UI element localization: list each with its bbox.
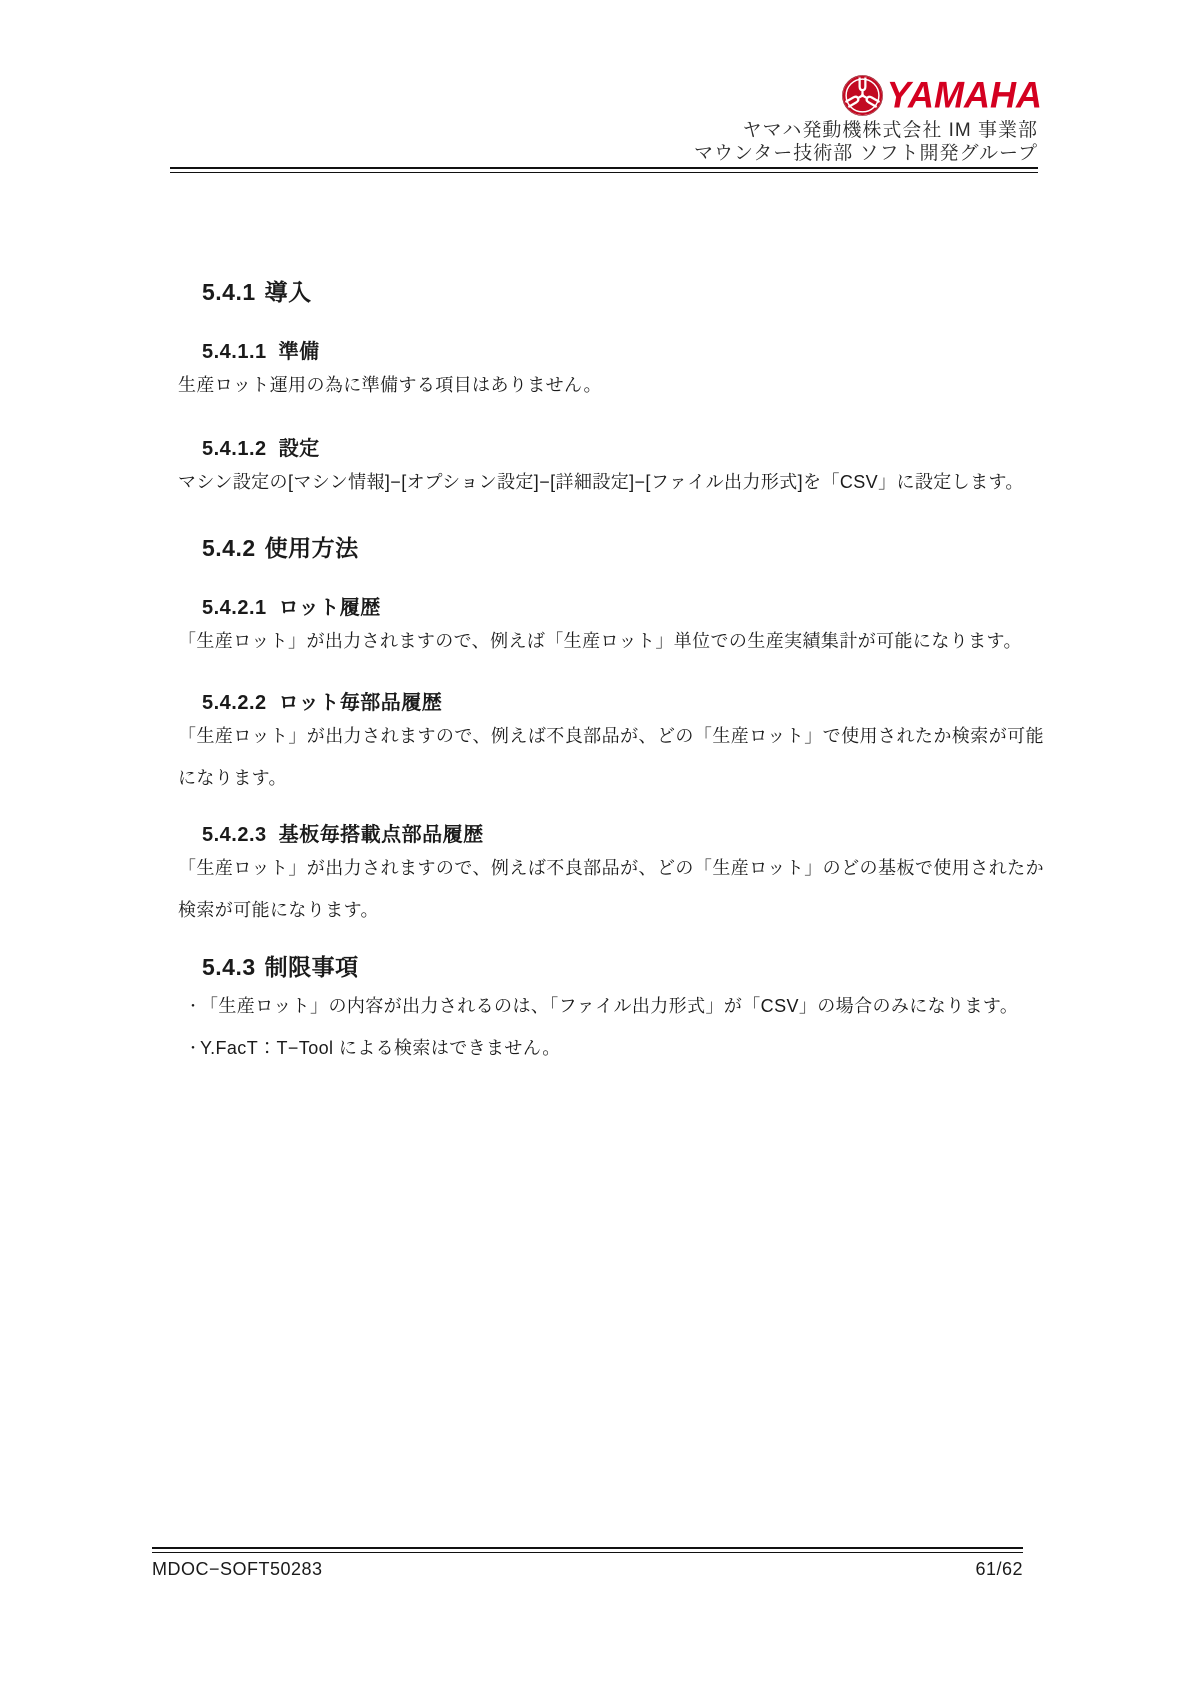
page-header: YAMAHA ヤマハ発動機株式会社 IM 事業部 マウンター技術部 ソフト開発グ…	[170, 74, 1038, 165]
subsection-heading-5-4-1-2: 5.4.1.2設定	[202, 437, 1044, 461]
paragraph: 生産ロット運用の為に準備する項目はありません。	[178, 364, 1044, 406]
paragraph: 「生産ロット」が出力されますので、例えば不良部品が、どの「生産ロット」で使用され…	[178, 715, 1044, 799]
subsection-heading-5-4-2-3: 5.4.2.3基板毎搭載点部品履歴	[202, 823, 1044, 847]
bullet-text: 「生産ロット」の内容が出力されるのは、「ファイル出力形式」が「CSV」の場合のみ…	[200, 985, 1044, 1027]
footer-doc-id: MDOC−SOFT50283	[152, 1557, 323, 1581]
yamaha-logo: YAMAHA	[170, 74, 1042, 116]
section-number: 5.4.1.1	[202, 341, 267, 363]
section-title: 基板毎搭載点部品履歴	[279, 824, 484, 846]
section-number: 5.4.2.3	[202, 824, 267, 846]
bullet-text: Y.FacT：T−Tool による検索はできません。	[200, 1027, 1044, 1069]
subsection-heading-5-4-1-1: 5.4.1.1準備	[202, 340, 1044, 364]
yamaha-wordmark: YAMAHA	[887, 76, 1042, 113]
document-page: YAMAHA ヤマハ発動機株式会社 IM 事業部 マウンター技術部 ソフト開発グ…	[0, 0, 1191, 1684]
yamaha-tuning-fork-icon	[842, 75, 883, 116]
section-number: 5.4.1.2	[202, 438, 267, 460]
section-heading-5-4-1: 5.4.1導入	[202, 278, 1044, 306]
section-title: ロット毎部品履歴	[279, 692, 443, 714]
footer-rule	[152, 1547, 1023, 1553]
section-title: 制限事項	[265, 954, 359, 980]
paragraph: 「生産ロット」が出力されますので、例えば「生産ロット」単位での生産実績集計が可能…	[178, 620, 1044, 662]
bullet-list: ・ 「生産ロット」の内容が出力されるのは、「ファイル出力形式」が「CSV」の場合…	[178, 985, 1044, 1069]
subsection-heading-5-4-2-2: 5.4.2.2ロット毎部品履歴	[202, 691, 1044, 715]
section-heading-5-4-2: 5.4.2使用方法	[202, 534, 1044, 562]
section-title: 準備	[279, 341, 320, 363]
section-number: 5.4.2	[202, 535, 256, 561]
bullet-marker-icon: ・	[178, 985, 200, 1027]
bullet-marker-icon: ・	[178, 1027, 200, 1069]
section-number: 5.4.2.1	[202, 597, 267, 619]
paragraph: マシン設定の[マシン情報]−[オプション設定]−[詳細設定]−[ファイル出力形式…	[178, 461, 1044, 503]
page-footer: MDOC−SOFT50283 61/62	[152, 1557, 1023, 1581]
section-heading-5-4-3: 5.4.3制限事項	[202, 953, 1044, 981]
department-line: マウンター技術部 ソフト開発グループ	[170, 142, 1038, 165]
bullet-item: ・ Y.FacT：T−Tool による検索はできません。	[178, 1027, 1044, 1069]
document-body: 5.4.1導入 5.4.1.1準備 生産ロット運用の為に準備する項目はありません…	[178, 252, 1044, 1069]
section-title: 設定	[279, 438, 320, 460]
section-number: 5.4.3	[202, 954, 256, 980]
subsection-heading-5-4-2-1: 5.4.2.1ロット履歴	[202, 596, 1044, 620]
footer-page-number: 61/62	[975, 1557, 1023, 1581]
header-rule	[170, 167, 1038, 173]
section-title: ロット履歴	[279, 597, 381, 619]
section-title: 導入	[265, 279, 312, 305]
section-number: 5.4.1	[202, 279, 256, 305]
section-title: 使用方法	[265, 535, 359, 561]
section-number: 5.4.2.2	[202, 692, 267, 714]
company-name-line: ヤマハ発動機株式会社 IM 事業部	[170, 119, 1038, 142]
paragraph: 「生産ロット」が出力されますので、例えば不良部品が、どの「生産ロット」のどの基板…	[178, 847, 1044, 931]
bullet-item: ・ 「生産ロット」の内容が出力されるのは、「ファイル出力形式」が「CSV」の場合…	[178, 985, 1044, 1027]
